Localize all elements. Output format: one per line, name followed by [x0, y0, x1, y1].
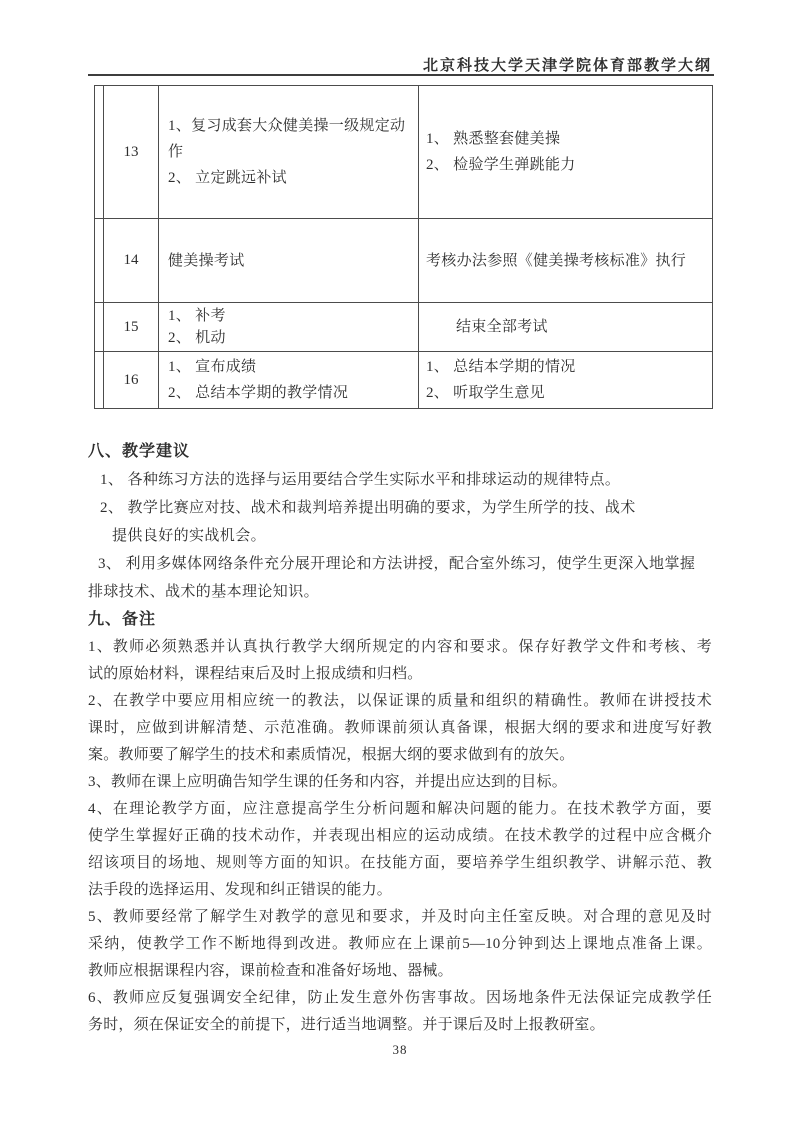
- text-line: 案。教师要了解学生的技术和素质情况，根据大纲的要求做到有的放矢。: [88, 742, 712, 769]
- table-cell-requirement: 1、 熟悉整套健美操2、 检验学生弹跳能力: [419, 86, 713, 219]
- text-line: 1、教师必须熟悉并认真执行教学大纲所规定的内容和要求。保存好教学文件和考核、考: [88, 634, 712, 661]
- text-line: 教师应根据课程内容，课前检查和准备好场地、器械。: [88, 958, 712, 985]
- table-cell-spacer: [95, 219, 104, 303]
- table-row: 16 1、 宣布成绩2、 总结本学期的教学情况 1、 总结本学期的情况2、 听取…: [95, 352, 713, 409]
- text-line: 6、教师应反复强调安全纪律，防止发生意外伤害事故。因场地条件无法保证完成教学任: [88, 985, 712, 1012]
- text-line: 使学生掌握好正确的技术动作，并表现出相应的运动成绩。在技术教学的过程中应含概介: [88, 823, 712, 850]
- document-page: 北京科技大学天津学院体育部教学大纲 13 1、复习成套大众健美操一级规定动作2、…: [0, 0, 800, 1131]
- schedule-table: 13 1、复习成套大众健美操一级规定动作2、 立定跳远补试 1、 熟悉整套健美操…: [94, 85, 713, 409]
- suggestion-line: 1、 各种练习方法的选择与运用要结合学生实际水平和排球运动的规律特点。: [88, 466, 712, 494]
- text-line: 1、 熟悉整套健美操: [426, 126, 710, 152]
- notes-paragraph: 6、教师应反复强调安全纪律，防止发生意外伤害事故。因场地条件无法保证完成教学任务…: [88, 985, 712, 1039]
- document-body: 八、教学建议 1、 各种练习方法的选择与运用要结合学生实际水平和排球运动的规律特…: [88, 438, 712, 1039]
- text-line: 1、 总结本学期的情况: [426, 354, 710, 380]
- page-header-title: 北京科技大学天津学院体育部教学大纲: [423, 54, 712, 75]
- table-cell-content: 1、 补考2、 机动: [159, 303, 419, 352]
- table-cell-week: 14: [104, 219, 159, 303]
- text-line: 务时，须在保证安全的前提下，进行适当地调整。并于课后及时上报教研室。: [88, 1012, 712, 1039]
- suggestion-line: 3、 利用多媒体网络条件充分展开理论和方法讲授，配合室外练习，使学生更深入地掌握: [88, 550, 712, 578]
- table-cell-content: 1、 宣布成绩2、 总结本学期的教学情况: [159, 352, 419, 409]
- text-line: 试的原始材料，课程结束后及时上报成绩和归档。: [88, 661, 712, 688]
- text-line: 3、教师在课上应明确告知学生课的任务和内容，并提出应达到的目标。: [88, 769, 712, 796]
- text-line: 2、在教学中要应用相应统一的教法，以保证课的质量和组织的精确性。教师在讲授技术: [88, 688, 712, 715]
- table-cell-content: 1、复习成套大众健美操一级规定动作2、 立定跳远补试: [159, 86, 419, 219]
- notes-paragraph: 3、教师在课上应明确告知学生课的任务和内容，并提出应达到的目标。: [88, 769, 712, 796]
- table-cell-requirement: 1、 总结本学期的情况2、 听取学生意见: [419, 352, 713, 409]
- text-line: 1、复习成套大众健美操一级规定动作: [168, 113, 416, 165]
- section-heading-notes: 九、备注: [88, 606, 712, 634]
- table-row: 13 1、复习成套大众健美操一级规定动作2、 立定跳远补试 1、 熟悉整套健美操…: [95, 86, 713, 219]
- table-cell-week: 13: [104, 86, 159, 219]
- table-cell-spacer: [95, 86, 104, 219]
- suggestion-line: 排球技术、战术的基本理论知识。: [88, 578, 712, 606]
- text-line: 法手段的选择运用、发现和纠正错误的能力。: [88, 877, 712, 904]
- text-line: 绍该项目的场地、规则等方面的知识。在技能方面，要培养学生组织教学、讲解示范、教: [88, 850, 712, 877]
- text-line: 采纳，使教学工作不断地得到改进。教师应在上课前5—10分钟到达上课地点准备上课。: [88, 931, 712, 958]
- table-cell-week: 15: [104, 303, 159, 352]
- section-heading-suggestions: 八、教学建议: [88, 438, 712, 466]
- text-line: 2、 立定跳远补试: [168, 165, 416, 191]
- text-line: 5、教师要经常了解学生对教学的意见和要求，并及时向主任室反映。对合理的意见及时: [88, 904, 712, 931]
- table-row: 15 1、 补考2、 机动 结束全部考试: [95, 303, 713, 352]
- text-line: 1、 补考: [168, 305, 416, 327]
- table-row: 14 健美操考试 考核办法参照《健美操考核标准》执行: [95, 219, 713, 303]
- text-line: 2、 听取学生意见: [426, 380, 710, 406]
- notes-paragraph: 4、在理论教学方面，应注意提高学生分析问题和解决问题的能力。在技术教学方面，要使…: [88, 796, 712, 904]
- page-number: 38: [0, 1042, 800, 1058]
- table-cell-spacer: [95, 303, 104, 352]
- table-cell-week: 16: [104, 352, 159, 409]
- notes-paragraph: 1、教师必须熟悉并认真执行教学大纲所规定的内容和要求。保存好教学文件和考核、考试…: [88, 634, 712, 688]
- text-line: 健美操考试: [168, 248, 416, 274]
- table-cell-requirement: 考核办法参照《健美操考核标准》执行: [419, 219, 713, 303]
- notes-paragraph: 2、在教学中要应用相应统一的教法，以保证课的质量和组织的精确性。教师在讲授技术课…: [88, 688, 712, 769]
- table-cell-spacer: [95, 352, 104, 409]
- text-line: 结束全部考试: [456, 316, 710, 338]
- text-line: 2、 总结本学期的教学情况: [168, 380, 416, 406]
- table-cell-content: 健美操考试: [159, 219, 419, 303]
- text-line: 课时，应做到讲解清楚、示范准确。教师课前须认真备课，根据大纲的要求和进度写好教: [88, 715, 712, 742]
- text-line: 1、 宣布成绩: [168, 354, 416, 380]
- text-line: 考核办法参照《健美操考核标准》执行: [426, 248, 710, 274]
- text-line: 4、在理论教学方面，应注意提高学生分析问题和解决问题的能力。在技术教学方面，要: [88, 796, 712, 823]
- suggestion-line: 提供良好的实战机会。: [88, 522, 712, 550]
- table-cell-requirement: 结束全部考试: [419, 303, 713, 352]
- header-divider: [88, 74, 714, 76]
- text-line: 2、 机动: [168, 327, 416, 349]
- notes-paragraph: 5、教师要经常了解学生对教学的意见和要求，并及时向主任室反映。对合理的意见及时采…: [88, 904, 712, 985]
- text-line: 2、 检验学生弹跳能力: [426, 152, 710, 178]
- suggestion-line: 2、 教学比赛应对技、战术和裁判培养提出明确的要求，为学生所学的技、战术: [88, 494, 712, 522]
